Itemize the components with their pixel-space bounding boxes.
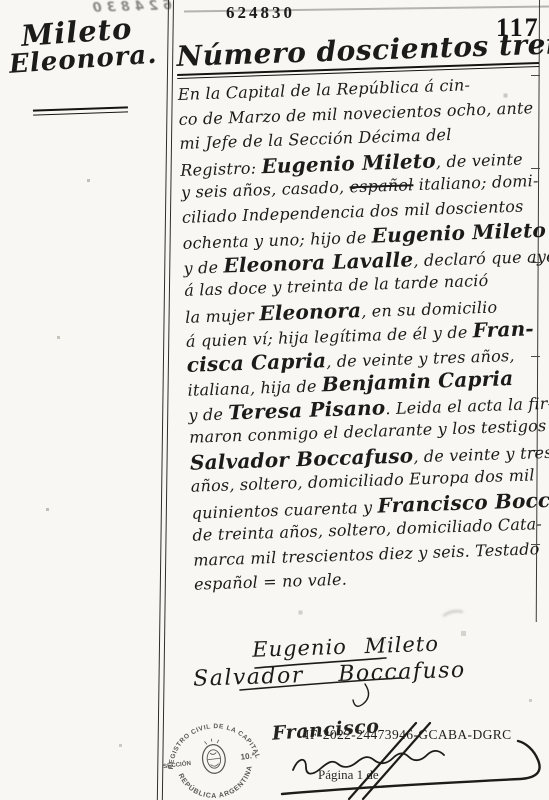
signature-declarant: Eugenio Mileto — [252, 632, 439, 662]
scanned-civil-registry-page: 624830 624830 117 Mileto Eleonora. Númer… — [0, 0, 549, 800]
act-text-segment: y de — [183, 257, 224, 277]
act-text: En la Capital de la República á cin-co d… — [177, 71, 549, 597]
scan-smudge — [439, 607, 470, 628]
scan-noise-speckles — [0, 0, 1, 1]
struck-word: español — [349, 175, 414, 196]
act-text-segment: la mujer — [185, 305, 260, 326]
act-text-segment: , de veinte y tres — [413, 442, 549, 466]
margin-divider-rule — [157, 0, 174, 800]
svg-text:REPÚBLICA ARGENTINA: REPÚBLICA ARGENTINA — [176, 764, 257, 800]
act-text-segment: italiano; domi- — [413, 171, 539, 194]
document-id-overlay: IF-2022-24473946-GCABA-DGRC — [305, 727, 512, 743]
act-body-column: Número doscientos treinta En la Capital … — [176, 28, 549, 597]
act-text-segment: Registro: — [180, 158, 262, 180]
emphasized-name: Fran- — [472, 316, 534, 342]
margin-flourish-line — [33, 106, 128, 115]
seal-coat-of-arms — [200, 737, 227, 774]
seal-section-number: 10.ª — [240, 751, 256, 762]
act-text-segment: , declaró que ayer — [413, 246, 549, 270]
act-text-segment: español = no vale. — [194, 570, 348, 594]
signature-witness: Salvador Boccafuso — [193, 658, 466, 692]
registry-civil-seal: REGISTRO CIVIL DE LA CAPITAL REPÚBLICA A… — [157, 713, 270, 800]
margin-annotation: Mileto Eleonora. — [6, 9, 170, 80]
page-label-overlay: Página 1 de — [318, 767, 379, 783]
witness-signature-descender — [353, 684, 369, 706]
act-text-segment: y de — [188, 404, 229, 424]
act-text-segment: y seis años, casado, — [181, 177, 350, 202]
act-text-segment: italiana, hija de — [187, 376, 322, 399]
act-text-segment: , de veinte — [436, 149, 524, 171]
emphasized-name: Eleonora — [259, 298, 362, 325]
seal-seccion-label: SECCIÓN — [163, 759, 192, 770]
seal-arc-bottom-text: REPÚBLICA ARGENTINA — [176, 764, 257, 800]
act-text-segment: , en su domicilio — [361, 297, 498, 321]
registry-stamp-number: 624830 — [226, 3, 295, 23]
